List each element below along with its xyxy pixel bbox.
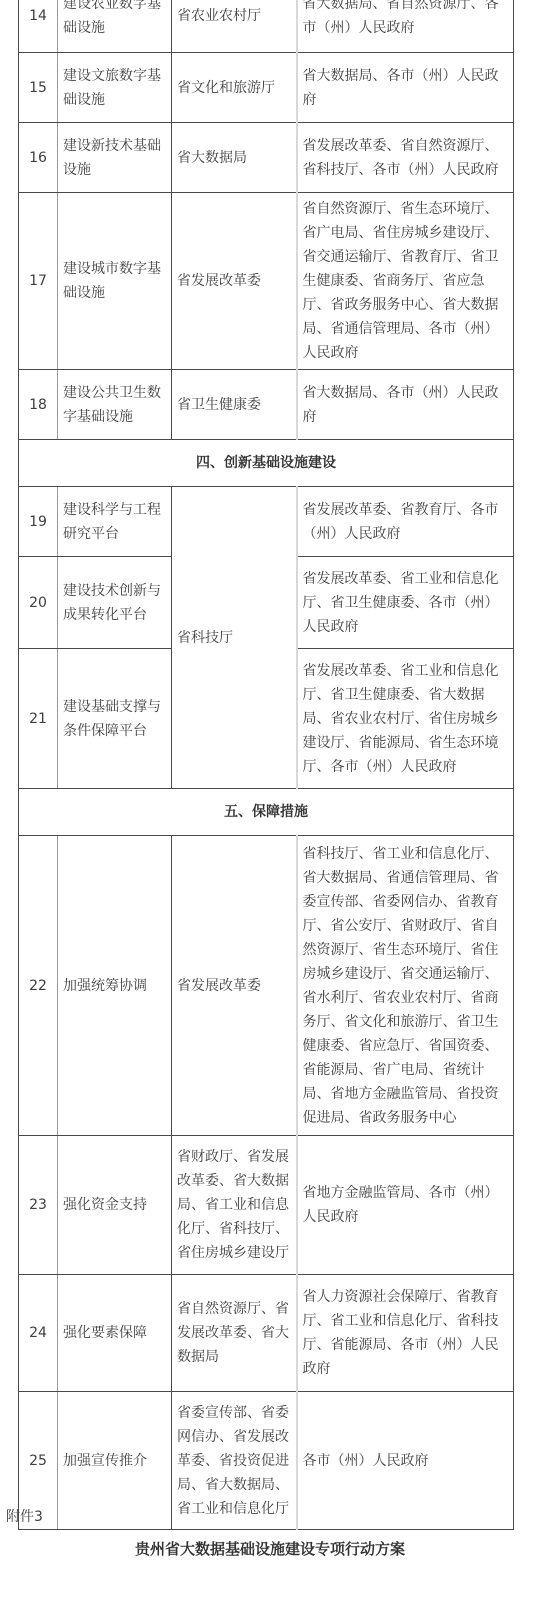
table-row: 18 建设公共卫生数字基础设施 省卫生健康委 省大数据局、各市（州）人民政府: [19, 370, 514, 440]
row-number: 23: [19, 1136, 58, 1275]
table-row: 25 加强宣传推介 省委宣传部、省委网信办、省发展改革委、省投资促进局、省大数据…: [19, 1392, 514, 1530]
row-number: 24: [19, 1275, 58, 1392]
row-number: 21: [19, 649, 58, 789]
section-row: 四、创新基础设施建设: [19, 440, 514, 487]
cooperating-departments: 省发展改革委、省教育厅、各市（州）人民政府: [297, 487, 514, 557]
cooperating-departments: 省大数据局、省自然资源厅、各市（州）人民政府: [297, 0, 514, 53]
row-number: 20: [19, 557, 58, 649]
table-row: 23 强化资金支持 省财政厅、省发展改革委、省大数据局、省工业和信息化厅、省科技…: [19, 1136, 514, 1275]
task-name: 建设基础支撑与条件保障平台: [58, 649, 172, 789]
cooperating-departments: 省大数据局、各市（州）人民政府: [297, 370, 514, 440]
lead-department: 省发展改革委: [172, 193, 297, 370]
lead-department: 省农业农村厅: [172, 0, 297, 53]
task-name: 强化资金支持: [58, 1136, 172, 1275]
cooperating-departments: 省发展改革委、省工业和信息化厅、省卫生健康委、省大数据局、省农业农村厅、省住房城…: [297, 649, 514, 789]
task-name: 建设公共卫生数字基础设施: [58, 370, 172, 440]
task-name: 建设技术创新与成果转化平台: [58, 557, 172, 649]
lead-department: 省委宣传部、省委网信办、省发展改革委、省投资促进局、省大数据局、省工业和信息化厅: [172, 1392, 297, 1530]
cooperating-departments: 各市（州）人民政府: [297, 1392, 514, 1530]
section-heading: 五、保障措施: [19, 789, 514, 836]
task-name: 强化要素保障: [58, 1275, 172, 1392]
task-responsibility-table: 14 建设农业数字基础设施 省农业农村厅 省大数据局、省自然资源厅、各市（州）人…: [18, 0, 514, 1530]
lead-department: 省发展改革委: [172, 836, 297, 1136]
lead-department: 省文化和旅游厅: [172, 53, 297, 123]
task-name: 建设城市数字基础设施: [58, 193, 172, 370]
task-name: 建设文旅数字基础设施: [58, 53, 172, 123]
task-name: 建设科学与工程研究平台: [58, 487, 172, 557]
row-number: 14: [19, 0, 58, 53]
lead-department: 省科技厅: [172, 487, 297, 789]
cooperating-departments: 省大数据局、各市（州）人民政府: [297, 53, 514, 123]
table-row: 22 加强统筹协调 省发展改革委 省科技厅、省工业和信息化厅、省大数据局、省通信…: [19, 836, 514, 1136]
table-row: 17 建设城市数字基础设施 省发展改革委 省自然资源厅、省生态环境厅、省广电局、…: [19, 193, 514, 370]
table-row: 15 建设文旅数字基础设施 省文化和旅游厅 省大数据局、各市（州）人民政府: [19, 53, 514, 123]
cooperating-departments: 省发展改革委、省自然资源厅、省科技厅、各市（州）人民政府: [297, 123, 514, 193]
table-row: 16 建设新技术基础设施 省大数据局 省发展改革委、省自然资源厅、省科技厅、各市…: [19, 123, 514, 193]
row-number: 19: [19, 487, 58, 557]
document-title: 贵州省大数据基础设施建设专项行动方案: [0, 1538, 540, 1559]
task-name: 加强统筹协调: [58, 836, 172, 1136]
row-number: 15: [19, 53, 58, 123]
table-row: 24 强化要素保障 省自然资源厅、省发展改革委、省大数据局 省人力资源社会保障厅…: [19, 1275, 514, 1392]
cooperating-departments: 省自然资源厅、省生态环境厅、省广电局、省住房城乡建设厅、省交通运输厅、省教育厅、…: [297, 193, 514, 370]
table-row: 14 建设农业数字基础设施 省农业农村厅 省大数据局、省自然资源厅、各市（州）人…: [19, 0, 514, 53]
lead-department: 省自然资源厅、省发展改革委、省大数据局: [172, 1275, 297, 1392]
attachment-label: 附件3: [6, 1506, 43, 1526]
task-name: 建设农业数字基础设施: [58, 0, 172, 53]
row-number: 17: [19, 193, 58, 370]
table-row: 19 建设科学与工程研究平台 省科技厅 省发展改革委、省教育厅、各市（州）人民政…: [19, 487, 514, 557]
lead-department: 省卫生健康委: [172, 370, 297, 440]
section-row: 五、保障措施: [19, 789, 514, 836]
cooperating-departments: 省地方金融监管局、各市（州）人民政府: [297, 1136, 514, 1275]
cooperating-departments: 省发展改革委、省工业和信息化厅、省卫生健康委、各市（州）人民政府: [297, 557, 514, 649]
lead-department: 省大数据局: [172, 123, 297, 193]
lead-department: 省财政厅、省发展改革委、省大数据局、省工业和信息化厅、省科技厅、省住房城乡建设厅: [172, 1136, 297, 1275]
task-name: 建设新技术基础设施: [58, 123, 172, 193]
row-number: 16: [19, 123, 58, 193]
row-number: 18: [19, 370, 58, 440]
cooperating-departments: 省科技厅、省工业和信息化厅、省大数据局、省通信管理局、省委宣传部、省委网信办、省…: [297, 836, 514, 1136]
task-name: 加强宣传推介: [58, 1392, 172, 1530]
section-heading: 四、创新基础设施建设: [19, 440, 514, 487]
cooperating-departments: 省人力资源社会保障厅、省教育厅、省工业和信息化厅、省科技厅、省能源局、各市（州）…: [297, 1275, 514, 1392]
row-number: 22: [19, 836, 58, 1136]
